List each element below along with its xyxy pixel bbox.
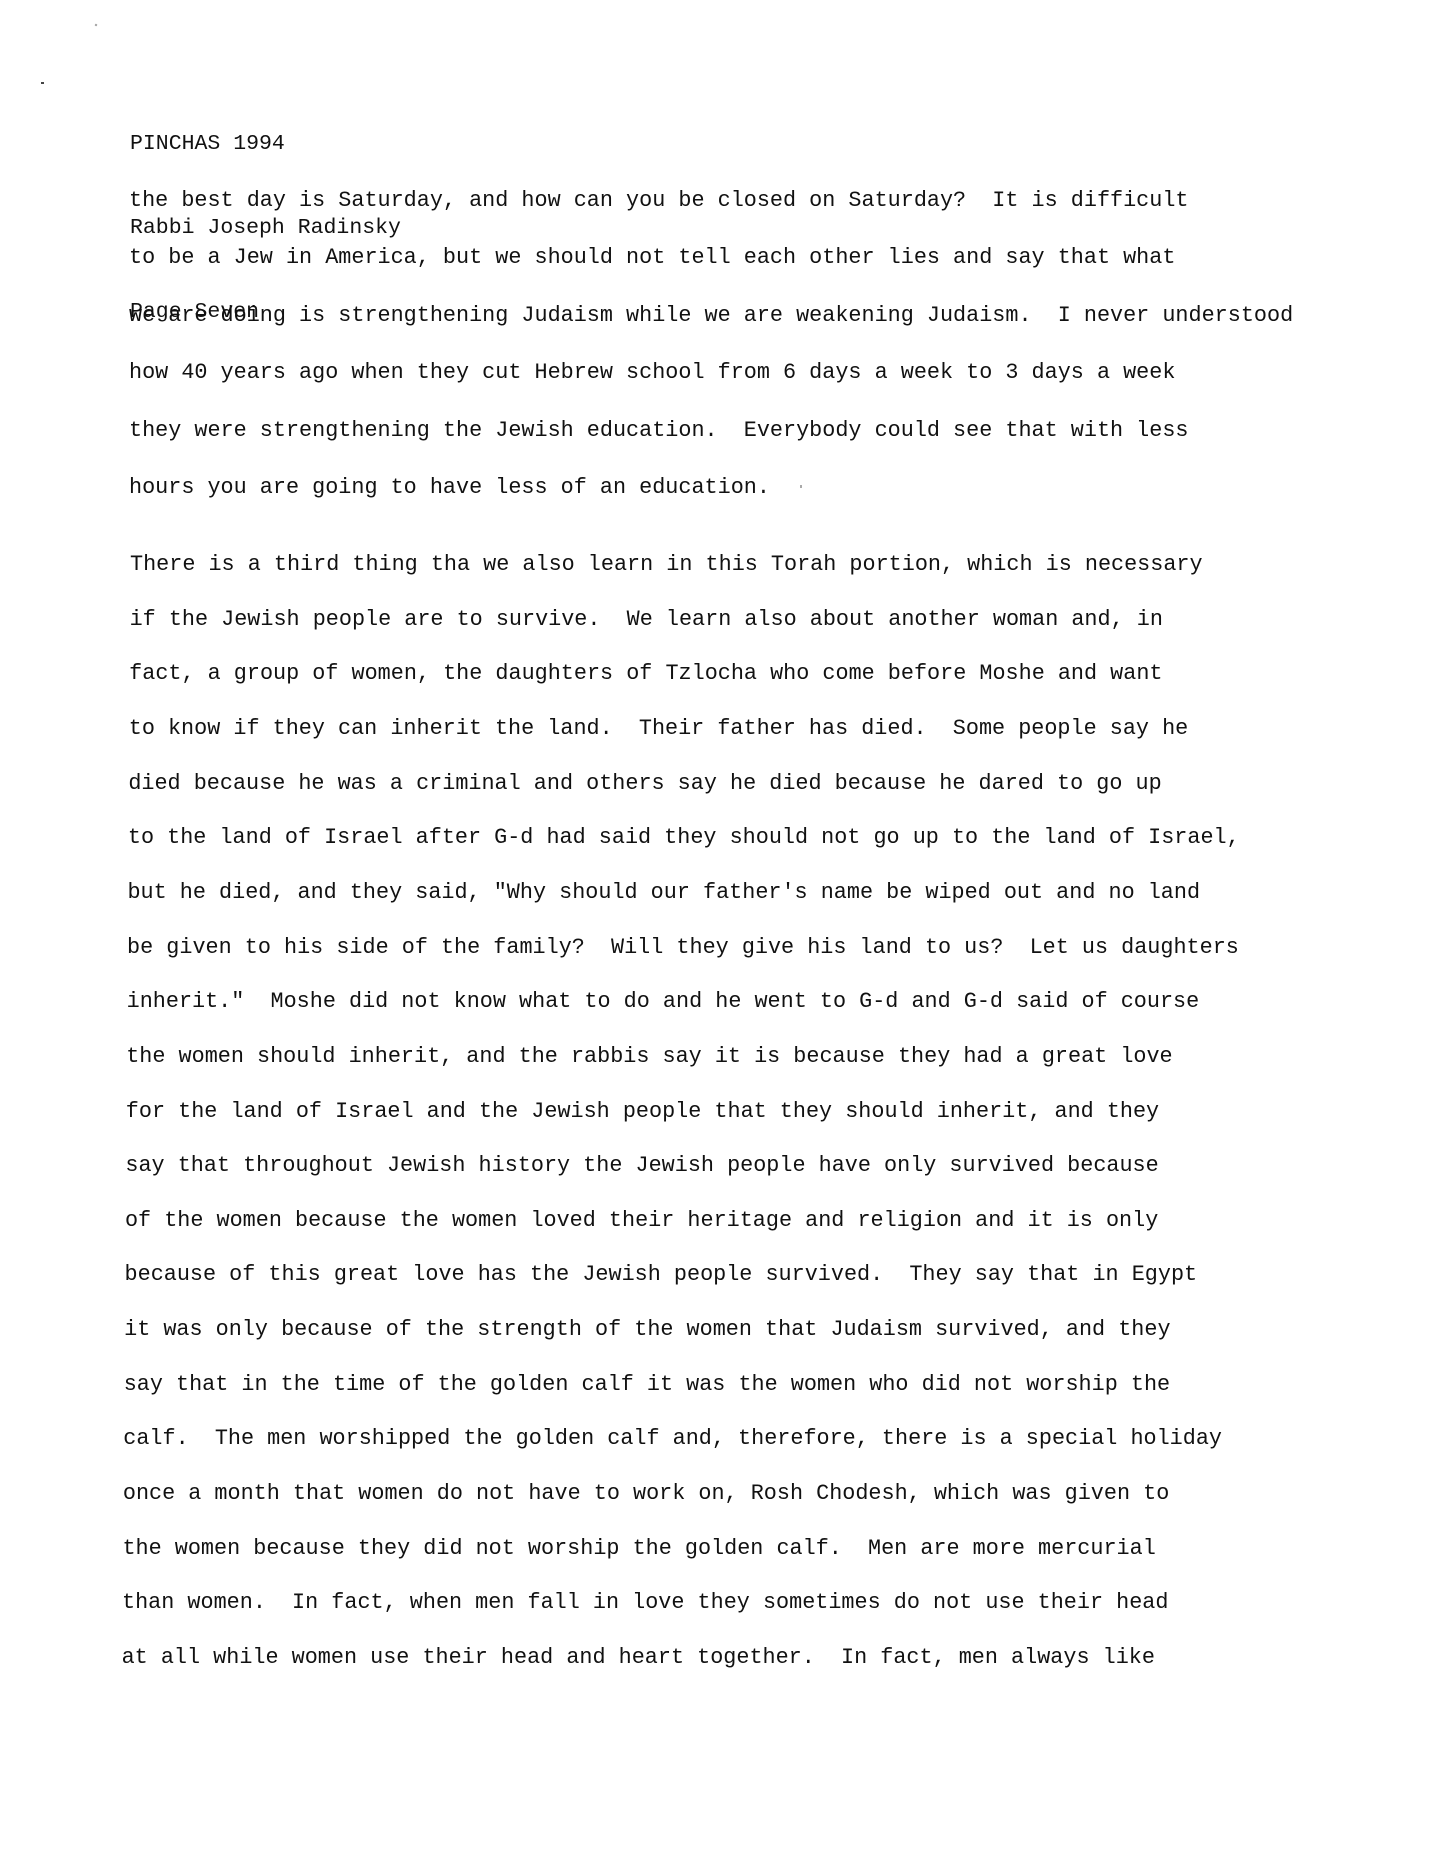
text-line: the women because they did not worship t…: [122, 1536, 1155, 1561]
text-line: of the women because the women loved the…: [125, 1208, 1158, 1233]
text-line: than women. In fact, when men fall in lo…: [122, 1590, 1168, 1615]
text-line: say that throughout Jewish history the J…: [125, 1153, 1158, 1178]
text-line: but he died, and they said, "Why should …: [127, 880, 1200, 905]
text-line: calf. The men worshipped the golden calf…: [123, 1426, 1222, 1451]
text-line: the best day is Saturday, and how can yo…: [129, 188, 1189, 213]
text-line: died because he was a criminal and other…: [128, 771, 1161, 796]
text-line: it was only because of the strength of t…: [124, 1317, 1170, 1342]
scan-speck: [95, 24, 98, 27]
text-line: to the land of Israel after G-d had said…: [128, 825, 1240, 850]
text-line: fact, a group of women, the daughters of…: [129, 661, 1162, 686]
document-title: PINCHAS 1994: [130, 130, 401, 158]
text-line: to be a Jew in America, but we should no…: [129, 245, 1175, 270]
text-line: because of this great love has the Jewis…: [125, 1262, 1198, 1287]
text-line: if the Jewish people are to survive. We …: [130, 607, 1163, 632]
text-line: for the land of Israel and the Jewish pe…: [126, 1099, 1159, 1124]
text-line: the women should inherit, and the rabbis…: [126, 1044, 1172, 1069]
text-line: There is a third thing tha we also learn…: [130, 552, 1203, 577]
text-line: how 40 years ago when they cut Hebrew sc…: [129, 360, 1175, 385]
author-name: Rabbi Joseph Radinsky: [130, 214, 401, 242]
scan-speck: [800, 485, 802, 488]
scan-speck: [41, 82, 44, 84]
text-line: to know if they can inherit the land. Th…: [129, 716, 1189, 741]
text-line: inherit." Moshe did not know what to do …: [127, 989, 1200, 1014]
page-header: PINCHAS 1994 Rabbi Joseph Radinsky Page …: [130, 74, 401, 382]
text-line: once a month that women do not have to w…: [123, 1481, 1169, 1506]
text-line: they were strengthening the Jewish educa…: [129, 418, 1189, 443]
text-line: be given to his side of the family? Will…: [127, 935, 1239, 960]
text-line: say that in the time of the golden calf …: [124, 1372, 1170, 1397]
document-page: PINCHAS 1994 Rabbi Joseph Radinsky Page …: [0, 0, 1430, 1851]
text-line: we are doing is strengthening Judaism wh…: [129, 303, 1293, 328]
text-line: hours you are going to have less of an e…: [129, 475, 770, 500]
text-line: at all while women use their head and he…: [122, 1645, 1155, 1670]
